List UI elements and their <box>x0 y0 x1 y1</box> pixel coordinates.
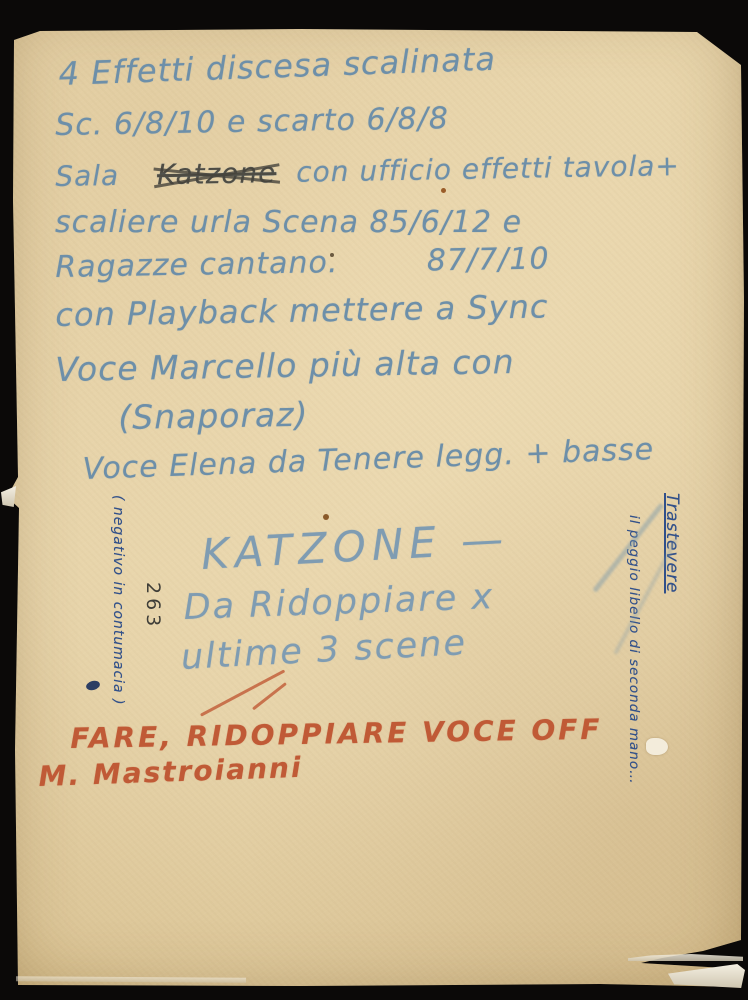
ink-blot <box>85 679 101 691</box>
margin-note-right-body: il peggio libello di seconda mano… <box>626 515 642 785</box>
handwritten-line-7: Voce Marcello più alta con <box>55 342 515 389</box>
heading-line-3: ultime 3 scene <box>180 623 468 678</box>
handwritten-line-1: 4 Effetti discesa scalinata <box>58 40 496 93</box>
crossed-out-word: Katzone <box>157 156 277 191</box>
handwritten-line-9: Voce Elena da Tenere legg. + basse <box>82 432 655 487</box>
rust-speck <box>441 188 446 193</box>
heading-katzone: KATZONE — <box>200 514 510 579</box>
heading-line-2: Da Ridoppiare x <box>183 577 495 628</box>
rust-speck <box>330 253 334 257</box>
rust-speck <box>323 514 329 520</box>
line-5-text: Ragazze cantano. <box>55 245 339 285</box>
line-3-prefix: Sala <box>55 159 119 193</box>
red-note-line-1: FARE, RIDOPPIARE VOCE OFF <box>70 713 603 755</box>
handwritten-line-3: Sala Katzone con ufficio effetti tavola+ <box>55 149 680 193</box>
handwritten-line-6: con Playback mettere a Sync <box>55 287 549 334</box>
handwritten-line-4: scaliere urla Scena 85/6/12 e <box>55 205 522 240</box>
margin-note-left: ( negativo in contumacia ) <box>110 495 126 706</box>
page-number: 263 <box>142 582 164 630</box>
handwritten-line-8: (Snaporaz) <box>118 395 309 437</box>
torn-fragment-left <box>1 486 16 507</box>
paper-sheet: 4 Effetti discesa scalinata Sc. 6/8/10 e… <box>0 0 748 1000</box>
handwritten-line-5: Ragazze cantano. 87/7/10 <box>55 241 550 285</box>
red-note-line-2: M. Mastroianni <box>38 751 303 793</box>
paper-damage-white <box>646 738 668 755</box>
photo-stage: 4 Effetti discesa scalinata Sc. 6/8/10 e… <box>0 0 748 1000</box>
line-5-value: 87/7/10 <box>427 241 550 278</box>
line-3-suffix: con ufficio effetti tavola+ <box>296 149 680 189</box>
handwritten-line-2: Sc. 6/8/10 e scarto 6/8/8 <box>55 101 449 143</box>
